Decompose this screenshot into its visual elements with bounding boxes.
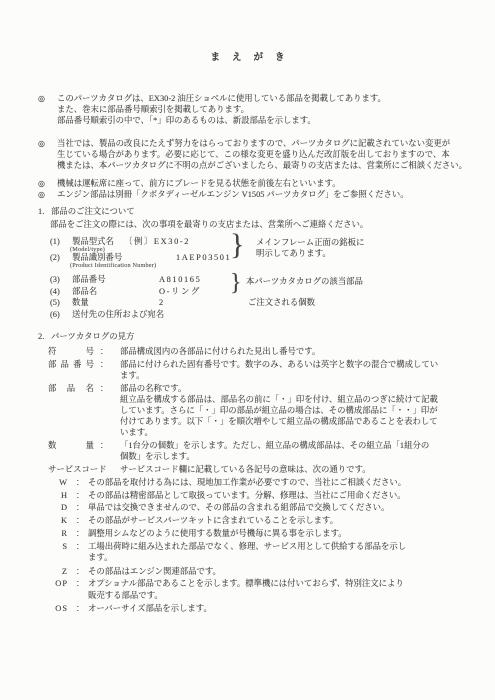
brace-icon: }: [230, 230, 244, 260]
term-colon: ：: [98, 464, 110, 475]
definition-row: 符号 ： 部品構成図内の各部品に付けられた見出し番号です。: [48, 346, 488, 357]
term-colon: ：: [98, 346, 110, 357]
code-colon: ：: [74, 541, 86, 563]
term-label: サービスコード: [48, 464, 94, 475]
section2-heading: 2.パーツカタログの見方: [38, 331, 134, 342]
term-label: 部品名: [48, 383, 94, 439]
nameplate-note-line: メインフレーム正面の銘板に: [256, 237, 364, 248]
term-desc-line: 個数」を示します。: [120, 451, 429, 462]
definition-row: 部品番号 ： 部品に付けられた固有番号です。数字のみ、あるいは英字と数字の混合で…: [48, 359, 488, 381]
definition-row: 数量 ： 「1台分の個数」を示します。ただし、組立品の構成部品は、その組立品「1…: [48, 440, 488, 462]
service-code-row: Z ： その部品はエンジン関連部品です。: [48, 566, 488, 577]
code-colon: ：: [74, 515, 86, 526]
bullet-line: エンジン部品は別冊「クボタディーゼルエンジン V1505 パーツカタログ」をご参…: [57, 189, 468, 200]
nameplate-note-line: 明示してあります。: [256, 248, 331, 259]
order-item-label: 数量: [72, 297, 89, 308]
code-colon: ：: [74, 528, 86, 539]
term-label: 部品番号: [48, 359, 94, 381]
bullet-line: 生じている場合があります。必要に応じて、この様な変更を盛り込んだ改訂版を出してお…: [57, 149, 468, 160]
order-item-no: (4): [50, 286, 60, 297]
service-code-row: R ： 調整用シムなどのように使用する数量が号機毎に異る事を示します。: [48, 528, 488, 539]
service-code-desc-line: その部品は精密部品として取扱っています。分解、修理は、当社にご用命ください。: [88, 490, 406, 501]
term-label: 数量: [48, 440, 94, 462]
section-number: 1.: [38, 206, 51, 217]
order-item-no: (1): [50, 236, 60, 247]
order-item-label: 部品番号: [72, 274, 106, 285]
term-desc-line: 組立品を構成する部品は、部品名の前に「・」印を付け、組立品のつぎに続けて記載: [120, 394, 438, 405]
service-code-desc-line: ます。: [88, 552, 406, 563]
term-desc-line: しています。さらに「・」印の部品が組立品の場合は、その構成部品に「・・」印が: [120, 405, 438, 416]
bullet-line: 機械は運転席に座って、前方にブレードを見る状態を前後左右といいます。: [57, 178, 468, 189]
code-colon: ：: [74, 477, 86, 488]
order-items-block: (1) 製品型式名 〔例〕EX30-2 (Model/type) (2) 製品識…: [0, 233, 495, 328]
preface-bullet: ◎ 当社では、製品の改良にたえず努力をはらっておりますので、パーツカタログに記載…: [38, 138, 468, 172]
document-page: まえがき ◎ このパーツカタログは、EX30-2 油圧ショベルに使用している部品…: [0, 0, 495, 700]
term-desc-line: 部品の名称です。: [120, 383, 438, 394]
section-title: 部品のご注文について: [51, 207, 135, 216]
service-code-desc-line: その部品を取付ける為には、現地加工作業が必要ですので、当社にご相談ください。: [88, 477, 406, 488]
double-circle-bullet-icon: ◎: [38, 178, 57, 189]
service-code: D: [52, 502, 68, 513]
order-item-no: (6): [50, 309, 60, 320]
service-code: R: [52, 528, 68, 539]
service-code-desc-line: 調整用シムなどのように使用する数量が号機毎に異る事を示します。: [88, 528, 347, 539]
bullet-line: 機または、本パーツカタログに不明の点がございましたら、最寄りの支店または、営業所…: [57, 160, 468, 171]
legend-block: 符号 ： 部品構成図内の各部品に付けられた見出し番号です。 部品番号 ： 部品に…: [48, 346, 488, 616]
service-code: OS: [52, 603, 68, 614]
service-code: OP: [52, 578, 68, 600]
service-code-row: K ： その部品がサービスパーツキットに含まれていることを示します。: [48, 515, 488, 526]
service-code-row: S ： 工場出荷時に組み込まれた部品でなく、修理、サービス用として供給する部品を…: [48, 541, 488, 563]
order-item-value: O-リング: [159, 286, 201, 297]
term-desc-line: 付けてあります。以下「・」を順次増やして組立品の構成部品であることを表わして: [120, 416, 438, 427]
service-code-desc-line: 単品では交換できませんので、その部品の含まれる組部品で交換してください。: [88, 502, 389, 513]
service-code-desc-line: その部品がサービスパーツキットに含まれていることを示します。: [88, 515, 338, 526]
double-circle-bullet-icon: ◎: [38, 189, 57, 200]
section-title: パーツカタログの見方: [51, 332, 134, 341]
code-colon: ：: [74, 603, 86, 614]
term-colon: ：: [98, 383, 110, 439]
term-label: 符号: [48, 346, 94, 357]
bullet-line: また、巻末に部品番号順索引を掲載してあります。: [57, 104, 468, 115]
term-desc-line: います。: [120, 427, 438, 438]
term-desc-line: サービスコード欄に記載している各記号の意味は、次の通りです。: [120, 464, 371, 475]
order-item-sublabel: (Product Identification Number): [70, 260, 156, 271]
preface-bullet: ◎ エンジン部品は別冊「クボタディーゼルエンジン V1505 パーツカタログ」を…: [38, 189, 468, 200]
term-desc-line: 「1台分の個数」を示します。ただし、組立品の構成部品は、その組立品「1組分の: [120, 440, 429, 451]
code-colon: ：: [74, 578, 86, 600]
term-colon: ：: [98, 440, 110, 462]
order-item-value: A810165: [159, 274, 201, 285]
quantity-note: ご注文される個数: [248, 297, 315, 308]
double-circle-bullet-icon: ◎: [38, 93, 57, 127]
order-item-no: (5): [50, 297, 60, 308]
service-code-desc-line: その部品はエンジン関連部品です。: [88, 566, 221, 577]
service-code: H: [52, 490, 68, 501]
order-item-label: 部品名: [72, 286, 97, 297]
service-code: K: [52, 515, 68, 526]
catalog-note: 本パーツカタカログの該当部品: [246, 276, 363, 287]
bullet-line: このパーツカタログは、EX30-2 油圧ショベルに使用している部品を掲載してあり…: [57, 93, 468, 104]
term-colon: ：: [98, 359, 110, 381]
code-colon: ：: [74, 502, 86, 513]
code-colon: ：: [74, 490, 86, 501]
definition-row: サービスコード ： サービスコード欄に記載している各記号の意味は、次の通りです。: [48, 464, 488, 475]
service-code-row: OS ： オーバーサイズ部品を示します。: [48, 603, 488, 614]
order-item-no: (2): [50, 252, 60, 263]
section1-heading: 1.部品のご注文について: [38, 206, 135, 217]
preface-bullet: ◎ 機械は運転席に座って、前方にブレードを見る状態を前後左右といいます。: [38, 178, 468, 189]
section-number: 2.: [38, 331, 51, 342]
service-code-desc-line: オプショナル部品であることを示します。標準機には付いておらず、特別注文により: [88, 578, 404, 589]
service-code: W: [52, 477, 68, 488]
service-code-row: H ： その部品は精密部品として取扱っています。分解、修理は、当社にご用命くださ…: [48, 490, 488, 501]
service-code-row: D ： 単品では交換できませんので、その部品の含まれる組部品で交換してください。: [48, 502, 488, 513]
brace-icon: }: [230, 271, 242, 295]
service-code-desc-line: 工場出荷時に組み込まれた部品でなく、修理、サービス用として供給する部品を示し: [88, 541, 406, 552]
service-code-desc-line: オーバーサイズ部品を示します。: [88, 603, 212, 614]
code-colon: ：: [74, 566, 86, 577]
preface-bullet: ◎ このパーツカタログは、EX30-2 油圧ショベルに使用している部品を掲載して…: [38, 93, 468, 127]
term-desc-line: ます。: [120, 370, 438, 381]
term-desc-line: 部品構成図内の各部品に付けられた見出し番号です。: [120, 346, 320, 357]
order-item-value: 1AEP03501: [176, 252, 231, 263]
bullet-line: 部品番号順索引の中で、「*」印のあるものは、新設部品を示します。: [57, 115, 468, 126]
service-code: S: [52, 541, 68, 563]
preface-section: ◎ このパーツカタログは、EX30-2 油圧ショベルに使用している部品を掲載して…: [38, 93, 468, 201]
order-item-no: (3): [50, 274, 60, 285]
service-code: Z: [52, 566, 68, 577]
section1-intro: 部品をご注文の際には、次の事項を最寄りの支店または、営業所へご連絡ください。: [50, 219, 368, 230]
order-item-label: 送付先の住所および宛名: [72, 309, 164, 320]
order-item-value: 2: [159, 297, 165, 308]
term-desc-line: 部品に付けられた固有番号です。数字のみ、あるいは英字と数字の混合で構成してい: [120, 359, 438, 370]
service-code-row: OP ： オプショナル部品であることを示します。標準機には付いておらず、特別注文…: [48, 578, 488, 600]
double-circle-bullet-icon: ◎: [38, 138, 57, 172]
service-code-row: W ： その部品を取付ける為には、現地加工作業が必要ですので、当社にご相談くださ…: [48, 477, 488, 488]
definition-row: 部品名 ： 部品の名称です。 組立品を構成する部品は、部品名の前に「・」印を付け…: [48, 383, 488, 439]
bullet-line: 当社では、製品の改良にたえず努力をはらっておりますので、パーツカタログに記載され…: [57, 138, 468, 149]
service-code-desc-line: 販売する部品です。: [88, 590, 404, 601]
order-item-value: 〔例〕EX30-2: [124, 236, 190, 247]
page-title: まえがき: [0, 53, 495, 64]
